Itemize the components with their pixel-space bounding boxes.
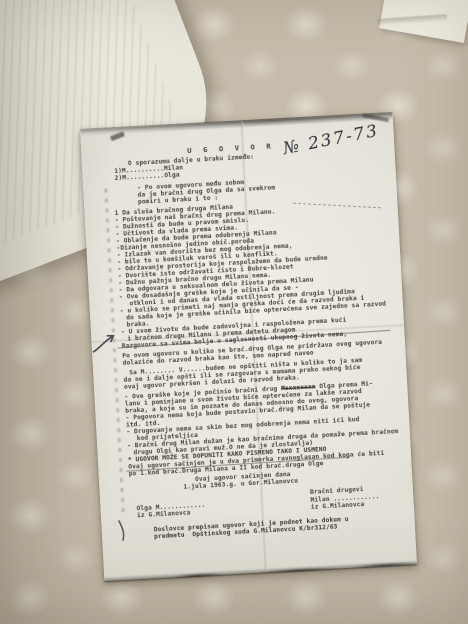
signature-right: Bračni drugovi Milan ............ iz G.M… [310,485,380,511]
pen-mark-arrow [90,333,117,355]
photo-scene: U G O V O R O sporazumu dalje u braku iz… [0,0,468,624]
paper-corner-top-right [379,0,468,43]
contract-document: U G O V O R O sporazumu dalje u braku iz… [80,113,417,581]
paper-crease [377,14,447,26]
contract-text: U G O V O R O sporazumu dalje u braku iz… [80,113,417,581]
signature-left: Olga M............ iz G.Milanovca [136,495,206,521]
pen-mark-tick [116,519,130,543]
